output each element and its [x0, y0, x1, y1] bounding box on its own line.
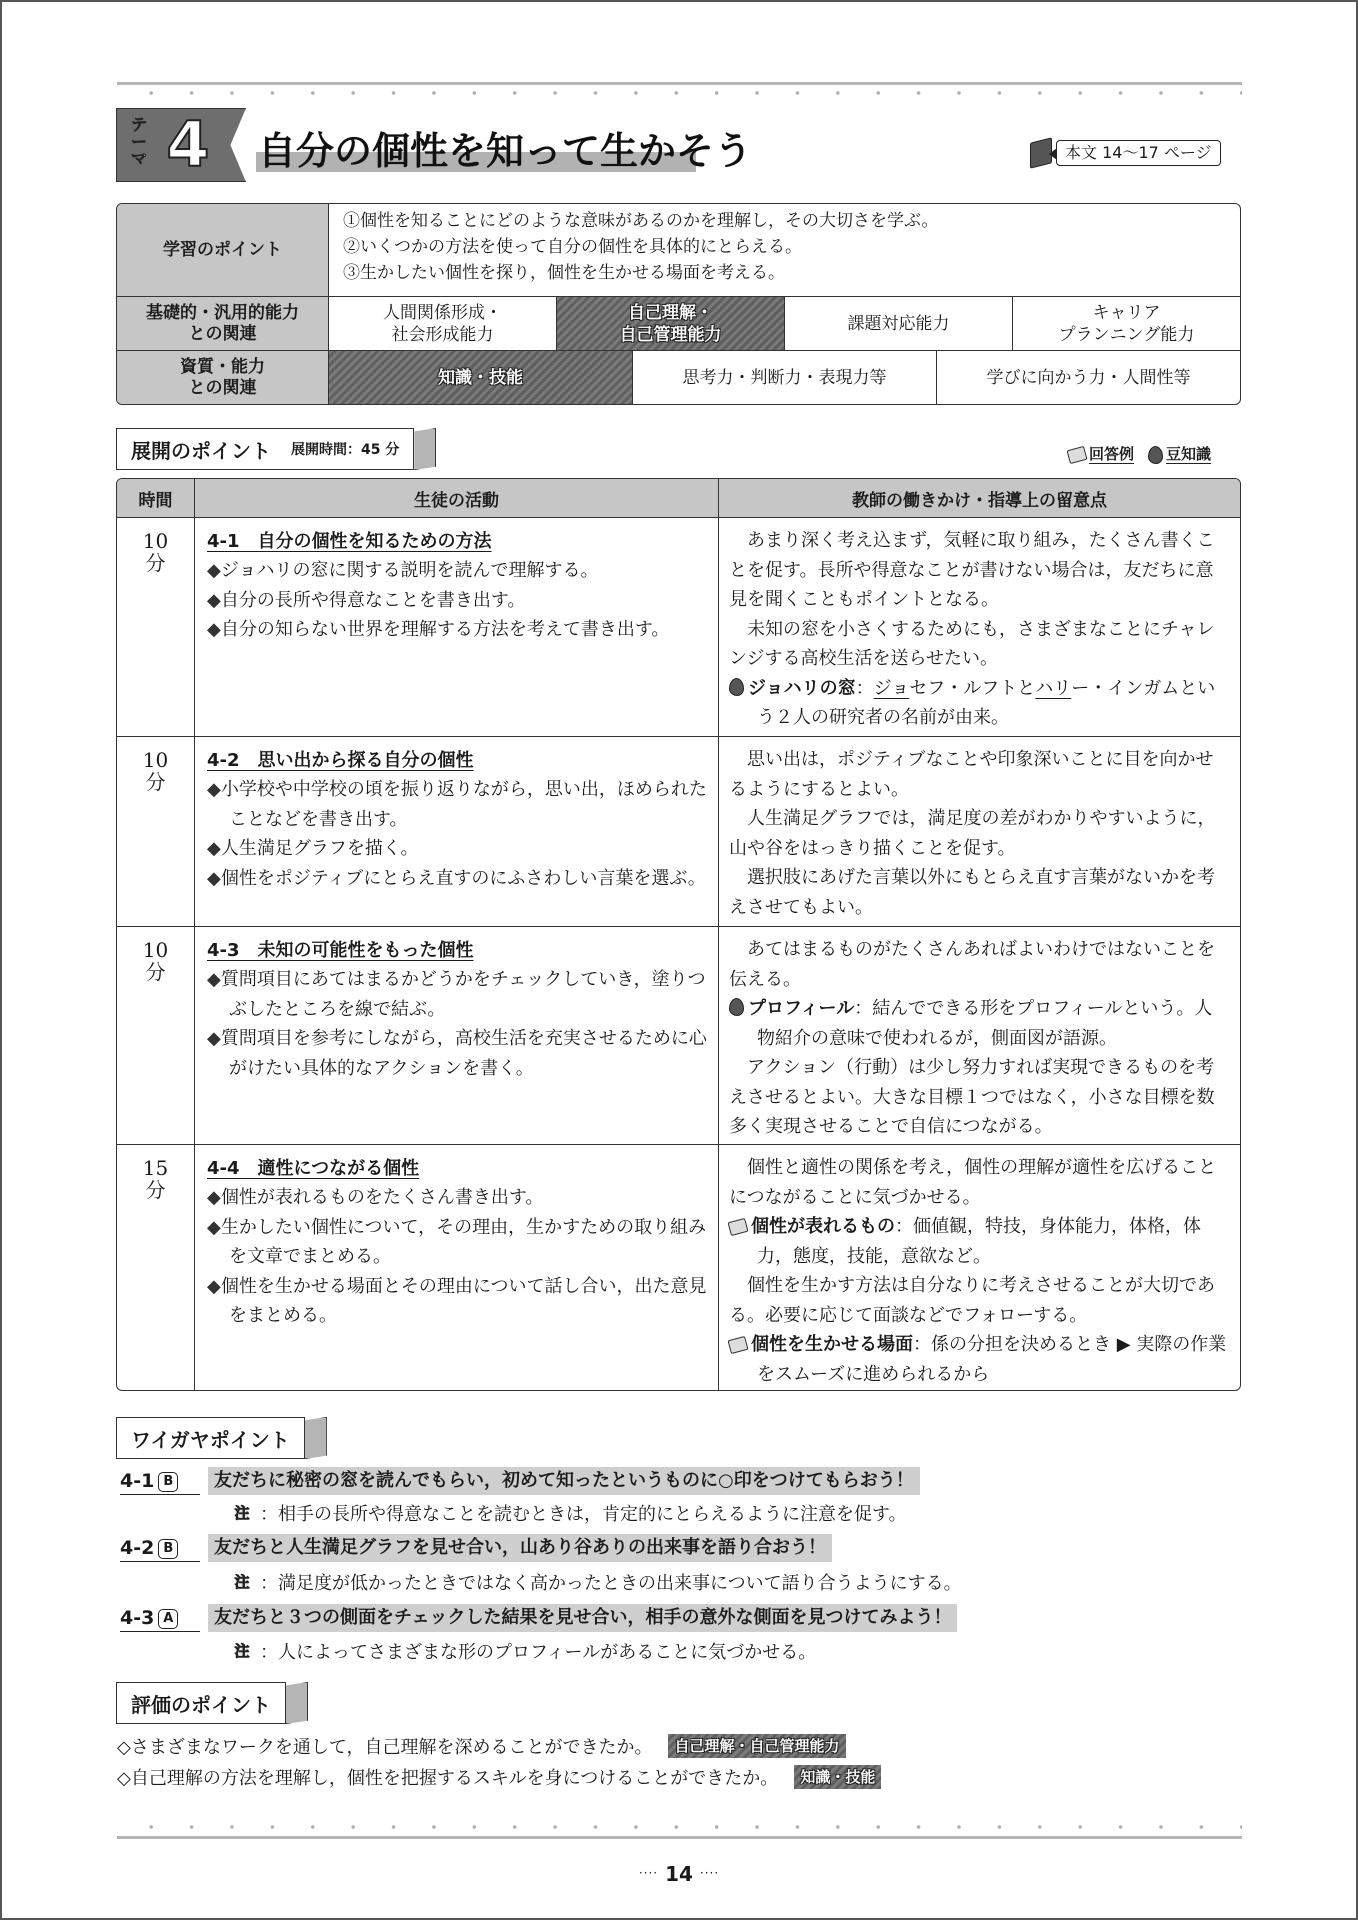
level-badge: A	[158, 1609, 178, 1629]
time-unit: 分	[117, 771, 194, 793]
legend-trivia: 豆知識	[1148, 445, 1211, 464]
time-cell: 10 分	[117, 737, 195, 926]
caution-icon: 注	[230, 1639, 254, 1663]
ability-career-planning: キャリアプランニング能力	[1013, 297, 1240, 350]
summary-table: 学習のポイント ①個性を知ることにどのような意味があるのかを理解し，その大切さを…	[116, 203, 1241, 405]
time-minutes: 15	[117, 1157, 194, 1179]
separator: ：	[913, 1334, 931, 1355]
quality-attitude: 学びに向かう力・人間性等	[937, 351, 1240, 404]
time-cell: 15 分	[117, 1145, 195, 1390]
waigaya-id-text: 4-2	[120, 1537, 154, 1559]
activity-title: 4-4 適性につながる個性	[207, 1155, 708, 1183]
waigaya-item: 4-2B 友だちと人生満足グラフを見せ合い，山あり谷ありの出来事を語り合おう！	[120, 1534, 832, 1562]
activity-item: 個性をポジティブにとらえ直すのにふさわしい言葉を選ぶ。	[207, 864, 708, 894]
waigaya-header: ワイガヤポイント	[116, 1417, 327, 1459]
ability-self-understanding: 自己理解・自己管理能力	[557, 297, 785, 350]
theme-number: 4	[158, 108, 218, 182]
underlined-text: ハリ	[1035, 678, 1071, 699]
waigaya-note-text: ：相手の長所や得意なことを読むときは，肯定的にとらえるように注意を促す。	[260, 1500, 907, 1526]
teacher-note-cell: あまり深く考え込まず，気軽に取り組み，たくさん書くことを促す。長所や得意なことが…	[719, 518, 1240, 736]
caution-icon: 注	[230, 1501, 254, 1525]
evaluation-tag: 自己理解・自己管理能力	[668, 1734, 845, 1758]
waigaya-id: 4-3A	[120, 1605, 200, 1632]
ability-line1: 人間関係形成・	[383, 303, 502, 323]
teacher-paragraph: 選択肢にあげた言葉以外にもとらえ直す言葉がないかを考えさせてもよい。	[729, 863, 1230, 922]
qualities-label: 資質・能力との関連	[117, 351, 329, 404]
column-header-time: 時間	[117, 479, 195, 517]
teacher-paragraph: アクション（行動）は少し努力すれば実現できるものを考えさせるとよい。大きな目標１…	[729, 1053, 1230, 1142]
teacher-note-cell: 思い出は，ポジティブなことや印象深いことに目を向かせるようにするとよい。 人生満…	[719, 737, 1240, 926]
waigaya-note-text: ：人によってさまざまな形のプロフィールがあることに気づかせる。	[260, 1638, 816, 1664]
evaluation-label: 評価のポイント	[116, 1682, 286, 1724]
ability-line1: 自己理解・	[628, 303, 713, 323]
level-badge: B	[158, 1539, 178, 1559]
development-label: 展開のポイント 展開時間：45 分	[116, 428, 414, 470]
learning-points-row: 学習のポイント ①個性を知ることにどのような意味があるのかを理解し，その大切さを…	[117, 204, 1240, 296]
qualities-label-line2: との関連	[189, 378, 257, 398]
level-badge: B	[158, 1472, 178, 1492]
activity-item: 小学校や中学校の頃を振り返りながら，思い出，ほめられたことなどを書き出す。	[207, 775, 708, 834]
time-unit: 分	[117, 1179, 194, 1201]
qualities-label-line1: 資質・能力	[180, 357, 265, 377]
activity-item: 人生満足グラフを描く。	[207, 834, 708, 864]
waigaya-text: 友だちと人生満足グラフを見せ合い，山あり谷ありの出来事を語り合おう！	[208, 1534, 832, 1562]
time-cell: 10 分	[117, 927, 195, 1144]
waigaya-text: 友だちと３つの側面をチェックした結果を見せ合い，相手の意外な側面を見つけてみよう…	[208, 1604, 957, 1632]
teacher-paragraph: 未知の窓を小さくするためにも，さまざまなことにチャレンジする高校生活を送らせたい…	[729, 615, 1230, 674]
ability-line2: 自己管理能力	[620, 325, 722, 345]
learning-points: ①個性を知ることにどのような意味があるのかを理解し，その大切さを学ぶ。 ②いくつ…	[329, 204, 952, 296]
waigaya-id-text: 4-1	[120, 1470, 154, 1492]
waigaya-item: 4-3A 友だちと３つの側面をチェックした結果を見せ合い，相手の意外な側面を見つ…	[120, 1604, 957, 1632]
answer-term: 個性が表れるもの	[751, 1216, 895, 1237]
legend: 回答例 豆知識	[1068, 445, 1211, 464]
waigaya-note-text: ：満足度が低かったときではなく高かったときの出来事について語り合うようにする。	[260, 1569, 962, 1595]
page-reference: 本文 14～17 ページ	[1030, 138, 1221, 168]
header-tab	[286, 1682, 308, 1724]
trivia-note: ジョハリの窓：ジョセフ・ルフトとハリー・インガムという２人の研究者の名前が由来。	[729, 674, 1230, 733]
abilities-label-line2: との関連	[189, 324, 257, 344]
learning-point: ②いくつかの方法を使って自分の個性を具体的にとらえる。	[343, 234, 938, 260]
time-unit: 分	[117, 961, 194, 983]
teacher-paragraph: 個性と適性の関係を考え，個性の理解が適性を広げることにつながることに気づかせる。	[729, 1153, 1230, 1212]
waigaya-label: ワイガヤポイント	[116, 1417, 305, 1459]
trivia-term: ジョハリの窓	[748, 678, 856, 699]
quality-knowledge-skills: 知識・技能	[329, 351, 633, 404]
teacher-note-cell: あてはまるものがたくさんあればよいわけではないことを伝える。 プロフィール：結ん…	[719, 927, 1240, 1144]
activity-item: 質問項目を参考にしながら，高校生活を充実させるために心がけたい具体的なアクション…	[207, 1024, 708, 1083]
activity-title: 4-2 思い出から探る自分の個性	[207, 747, 708, 775]
evaluation-item: さまざまなワークを通して，自己理解を深めることができたか。 自己理解・自己管理能…	[117, 1733, 846, 1759]
bottom-dotted-rule	[117, 1824, 1242, 1830]
page-dots-left: ····	[639, 1866, 658, 1880]
development-title: 展開のポイント	[131, 435, 271, 464]
ability-human-relations: 人間関係形成・社会形成能力	[329, 297, 557, 350]
page-dots-right: ····	[700, 1866, 719, 1880]
evaluation-tag: 知識・技能	[794, 1765, 881, 1789]
time-unit: 分	[117, 552, 194, 574]
activity-item: 自分の知らない世界を理解する方法を考えて書き出す。	[207, 615, 708, 645]
answer-example-icon	[727, 1336, 748, 1354]
separator: ：	[854, 998, 872, 1019]
activity-item: 質問項目にあてはまるかどうかをチェックしていき，塗りつぶしたところを線で結ぶ。	[207, 965, 708, 1024]
ability-line2: プランニング能力	[1059, 325, 1195, 345]
column-header-teacher: 教師の働きかけ・指導上の留意点	[719, 479, 1240, 517]
theme-label: テーマ	[128, 116, 150, 167]
separator: ：	[895, 1216, 913, 1237]
waigaya-id-text: 4-3	[120, 1607, 154, 1629]
bean-trivia-icon	[729, 678, 744, 696]
evaluation-header: 評価のポイント	[116, 1682, 308, 1724]
page-reference-label: 本文 14～17 ページ	[1056, 140, 1221, 166]
bottom-rule	[117, 1836, 1242, 1839]
student-activity-cell: 4-3 未知の可能性をもった個性 質問項目にあてはまるかどうかをチェックしていき…	[195, 927, 719, 1144]
page-number-value: 14	[665, 1862, 693, 1886]
learning-point: ③生かしたい個性を探り，個性を生かせる場面を考える。	[343, 260, 938, 286]
learning-points-label: 学習のポイント	[117, 204, 329, 296]
activity-item: 生かしたい個性について，その理由，生かすための取り組みを文章でまとめる。	[207, 1213, 708, 1272]
activity-title: 4-3 未知の可能性をもった個性	[207, 937, 708, 965]
ability-line1: 課題対応能力	[848, 313, 950, 335]
ability-line2: 社会形成能力	[392, 325, 494, 345]
ability-task-handling: 課題対応能力	[785, 297, 1013, 350]
caution-icon: 注	[230, 1570, 254, 1594]
page-title: 自分の個性を知って生かそう	[258, 120, 752, 175]
table-row: 10 分 4-3 未知の可能性をもった個性 質問項目にあてはまるかどうかをチェッ…	[117, 926, 1240, 1144]
table-row: 10 分 4-2 思い出から探る自分の個性 小学校や中学校の頃を振り返りながら，…	[117, 736, 1240, 926]
answer-example-icon	[727, 1218, 748, 1236]
table-row: 15 分 4-4 適性につながる個性 個性が表れるものをたくさん書き出す。 生か…	[117, 1144, 1240, 1390]
time-cell: 10 分	[117, 518, 195, 736]
waigaya-note: 注：相手の長所や得意なことを読むときは，肯定的にとらえるように注意を促す。	[230, 1500, 907, 1526]
ability-line1: キャリア	[1092, 303, 1160, 323]
quality-thinking-judgement: 思考力・判断力・表現力等	[633, 351, 937, 404]
underlined-text: ジョ	[874, 678, 910, 699]
waigaya-id: 4-1B	[120, 1468, 200, 1495]
teacher-paragraph: あまり深く考え込まず，気軽に取り組み，たくさん書くことを促す。長所や得意なことが…	[729, 526, 1230, 615]
abilities-row: 基礎的・汎用的能力との関連 人間関係形成・社会形成能力 自己理解・自己管理能力 …	[117, 296, 1240, 350]
bean-trivia-icon	[1148, 446, 1163, 464]
student-activity-cell: 4-2 思い出から探る自分の個性 小学校や中学校の頃を振り返りながら，思い出，ほ…	[195, 737, 719, 926]
bean-trivia-icon	[729, 998, 744, 1016]
time-minutes: 10	[117, 749, 194, 771]
learning-point: ①個性を知ることにどのような意味があるのかを理解し，その大切さを学ぶ。	[343, 208, 938, 234]
activity-item: 自分の長所や得意なことを書き出す。	[207, 586, 708, 616]
answer-example-icon	[1066, 445, 1087, 463]
trivia-text: セフ・ルフトと	[909, 678, 1035, 699]
answer-example-note: 個性が表れるもの：価値観，特技，身体能力，体格，体力，態度，技能，意欲など。	[729, 1212, 1230, 1271]
waigaya-note: 注：満足度が低かったときではなく高かったときの出来事について語り合うようにする。	[230, 1569, 962, 1595]
teacher-paragraph: 個性を生かす方法は自分なりに考えさせることが大切である。必要に応じて面談などでフ…	[729, 1271, 1230, 1330]
answer-term: 個性を生かせる場面	[751, 1334, 913, 1355]
teacher-paragraph: 人生満足グラフでは，満足度の差がわかりやすいように，山や谷をはっきり描くことを促…	[729, 804, 1230, 863]
evaluation-text: 自己理解の方法を理解し，個性を把握するスキルを身につけることができたか。	[117, 1764, 778, 1790]
trivia-term: プロフィール	[748, 998, 854, 1019]
abilities-label-line1: 基礎的・汎用的能力	[146, 303, 299, 323]
time-minutes: 10	[117, 530, 194, 552]
student-activity-cell: 4-4 適性につながる個性 個性が表れるものをたくさん書き出す。 生かしたい個性…	[195, 1145, 719, 1390]
teacher-paragraph: 思い出は，ポジティブなことや印象深いことに目を向かせるようにするとよい。	[729, 745, 1230, 804]
answer-example-note: 個性を生かせる場面：係の分担を決めるとき ▶ 実際の作業をスムーズに進められるか…	[729, 1330, 1230, 1389]
header-tab	[305, 1417, 327, 1459]
time-minutes: 10	[117, 939, 194, 961]
activity-title: 4-1 自分の個性を知るための方法	[207, 528, 708, 556]
page-number: ···· 14 ····	[0, 1862, 1358, 1886]
development-header: 展開のポイント 展開時間：45 分	[116, 428, 436, 470]
waigaya-text: 友だちに秘密の窓を読んでもらい，初めて知ったというものに○印をつけてもらおう！	[208, 1467, 920, 1495]
legend-trivia-label: 豆知識	[1166, 445, 1211, 464]
development-table: 時間 生徒の活動 教師の働きかけ・指導上の留意点 10 分 4-1 自分の個性を…	[116, 478, 1241, 1391]
waigaya-note: 注：人によってさまざまな形のプロフィールがあることに気づかせる。	[230, 1638, 816, 1664]
evaluation-text: さまざまなワークを通して，自己理解を深めることができたか。	[117, 1733, 652, 1759]
activity-item: 個性を生かせる場面とその理由について話し合い，出た意見をまとめる。	[207, 1272, 708, 1331]
separator: ：	[856, 678, 874, 699]
table-row: 10 分 4-1 自分の個性を知るための方法 ジョハリの窓に関する説明を読んで理…	[117, 517, 1240, 736]
column-header-student: 生徒の活動	[195, 479, 719, 517]
top-dotted-rule	[117, 90, 1242, 96]
legend-answer: 回答例	[1068, 445, 1134, 464]
legend-answer-label: 回答例	[1089, 445, 1134, 464]
evaluation-item: 自己理解の方法を理解し，個性を把握するスキルを身につけることができたか。 知識・…	[117, 1764, 881, 1790]
activity-item: ジョハリの窓に関する説明を読んで理解する。	[207, 556, 708, 586]
table-header-row: 時間 生徒の活動 教師の働きかけ・指導上の留意点	[117, 479, 1240, 517]
teacher-paragraph: あてはまるものがたくさんあればよいわけではないことを伝える。	[729, 935, 1230, 994]
waigaya-item: 4-1B 友だちに秘密の窓を読んでもらい，初めて知ったというものに○印をつけても…	[120, 1467, 920, 1495]
header-tab	[414, 428, 436, 470]
teacher-note-cell: 個性と適性の関係を考え，個性の理解が適性を広げることにつながることに気づかせる。…	[719, 1145, 1240, 1390]
abilities-label: 基礎的・汎用的能力との関連	[117, 297, 329, 350]
trivia-note: プロフィール：結んでできる形をプロフィールという。人物紹介の意味で使われるが，側…	[729, 994, 1230, 1053]
waigaya-id: 4-2B	[120, 1535, 200, 1562]
activity-item: 個性が表れるものをたくさん書き出す。	[207, 1183, 708, 1213]
student-activity-cell: 4-1 自分の個性を知るための方法 ジョハリの窓に関する説明を読んで理解する。 …	[195, 518, 719, 736]
development-duration: 展開時間：45 分	[291, 439, 399, 459]
qualities-row: 資質・能力との関連 知識・技能 思考力・判断力・表現力等 学びに向かう力・人間性…	[117, 350, 1240, 404]
top-rule	[117, 82, 1242, 85]
